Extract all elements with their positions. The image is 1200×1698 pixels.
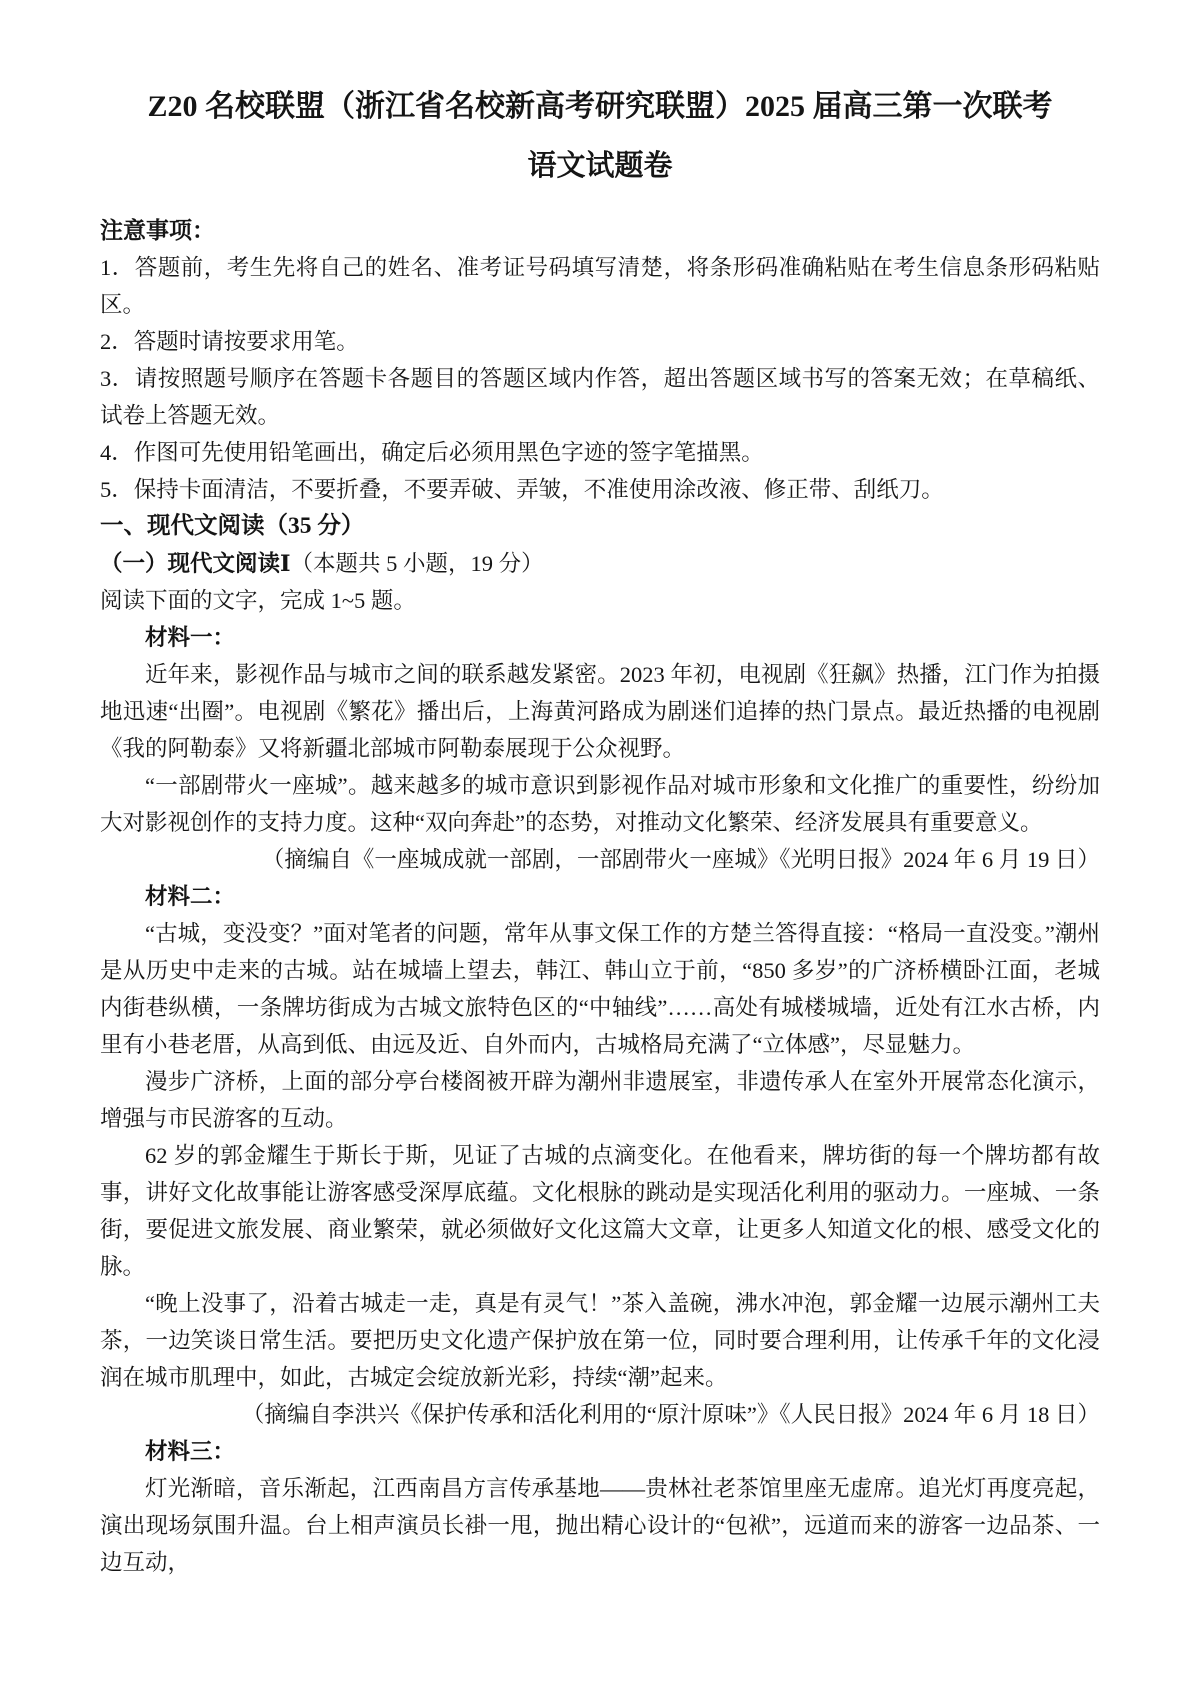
material-2-paragraph: 漫步广济桥，上面的部分亭台楼阁被开辟为潮州非遗展室，非遗传承人在室外开展常态化演… bbox=[100, 1063, 1100, 1137]
material-1-paragraph: “一部剧带火一座城”。越来越多的城市意识到影视作品对城市形象和文化推广的重要性，… bbox=[100, 767, 1100, 841]
notice-item-5: 5．保持卡面清洁，不要折叠，不要弄破、弄皱，不准使用涂改液、修正带、刮纸刀。 bbox=[100, 471, 1100, 508]
subsection-note: （本题共 5 小题，19 分） bbox=[291, 551, 544, 576]
exam-title-line2: 语文试题卷 bbox=[100, 146, 1100, 186]
material-2-paragraph: “古城，变没变？”面对笔者的问题，常年从事文保工作的方楚兰答得直接：“格局一直没… bbox=[100, 915, 1100, 1063]
notice-item-2: 2．答题时请按要求用笔。 bbox=[100, 323, 1100, 360]
notice-item-1: 1．答题前，考生先将自己的姓名、准考证号码填写清楚，将条形码准确粘贴在考生信息条… bbox=[100, 249, 1100, 323]
subsection-heading: （一）现代文阅读Ⅰ（本题共 5 小题，19 分） bbox=[100, 545, 1100, 582]
exam-paper-page: Z20 名校联盟（浙江省名校新高考研究联盟）2025 届高三第一次联考 语文试题… bbox=[0, 0, 1200, 1698]
section-heading-modern-reading: 一、现代文阅读（35 分） bbox=[100, 508, 1100, 545]
exam-title-line1: Z20 名校联盟（浙江省名校新高考研究联盟）2025 届高三第一次联考 bbox=[100, 86, 1100, 128]
notice-heading: 注意事项： bbox=[100, 212, 1100, 249]
material-3-paragraph: 灯光渐暗，音乐渐起，江西南昌方言传承基地——贵林社老茶馆里座无虚席。追光灯再度亮… bbox=[100, 1470, 1100, 1581]
notice-item-4: 4．作图可先使用铅笔画出，确定后必须用黑色字迹的签字笔描黑。 bbox=[100, 434, 1100, 471]
subsection-title: （一）现代文阅读Ⅰ bbox=[100, 551, 291, 576]
material-1-paragraph: 近年来，影视作品与城市之间的联系越发紧密。2023 年初，电视剧《狂飙》热播，江… bbox=[100, 656, 1100, 767]
material-1-citation: （摘编自《一座城成就一部剧，一部剧带火一座城》《光明日报》2024 年 6 月 … bbox=[100, 841, 1100, 878]
material-3-label: 材料三： bbox=[100, 1433, 1100, 1470]
material-2-label: 材料二： bbox=[100, 878, 1100, 915]
material-1-label: 材料一： bbox=[100, 619, 1100, 656]
notice-item-3: 3．请按照题号顺序在答题卡各题目的答题区域内作答，超出答题区域书写的答案无效；在… bbox=[100, 360, 1100, 434]
reading-instruction: 阅读下面的文字，完成 1~5 题。 bbox=[100, 582, 1100, 619]
material-2-paragraph: “晚上没事了，沿着古城走一走，真是有灵气！”茶入盖碗，沸水冲泡，郭金耀一边展示潮… bbox=[100, 1285, 1100, 1396]
material-2-paragraph: 62 岁的郭金耀生于斯长于斯，见证了古城的点滴变化。在他看来，牌坊街的每一个牌坊… bbox=[100, 1137, 1100, 1285]
page-content: Z20 名校联盟（浙江省名校新高考研究联盟）2025 届高三第一次联考 语文试题… bbox=[100, 86, 1100, 1581]
material-2-citation: （摘编自李洪兴《保护传承和活化利用的“原汁原味”》《人民日报》2024 年 6 … bbox=[100, 1396, 1100, 1433]
